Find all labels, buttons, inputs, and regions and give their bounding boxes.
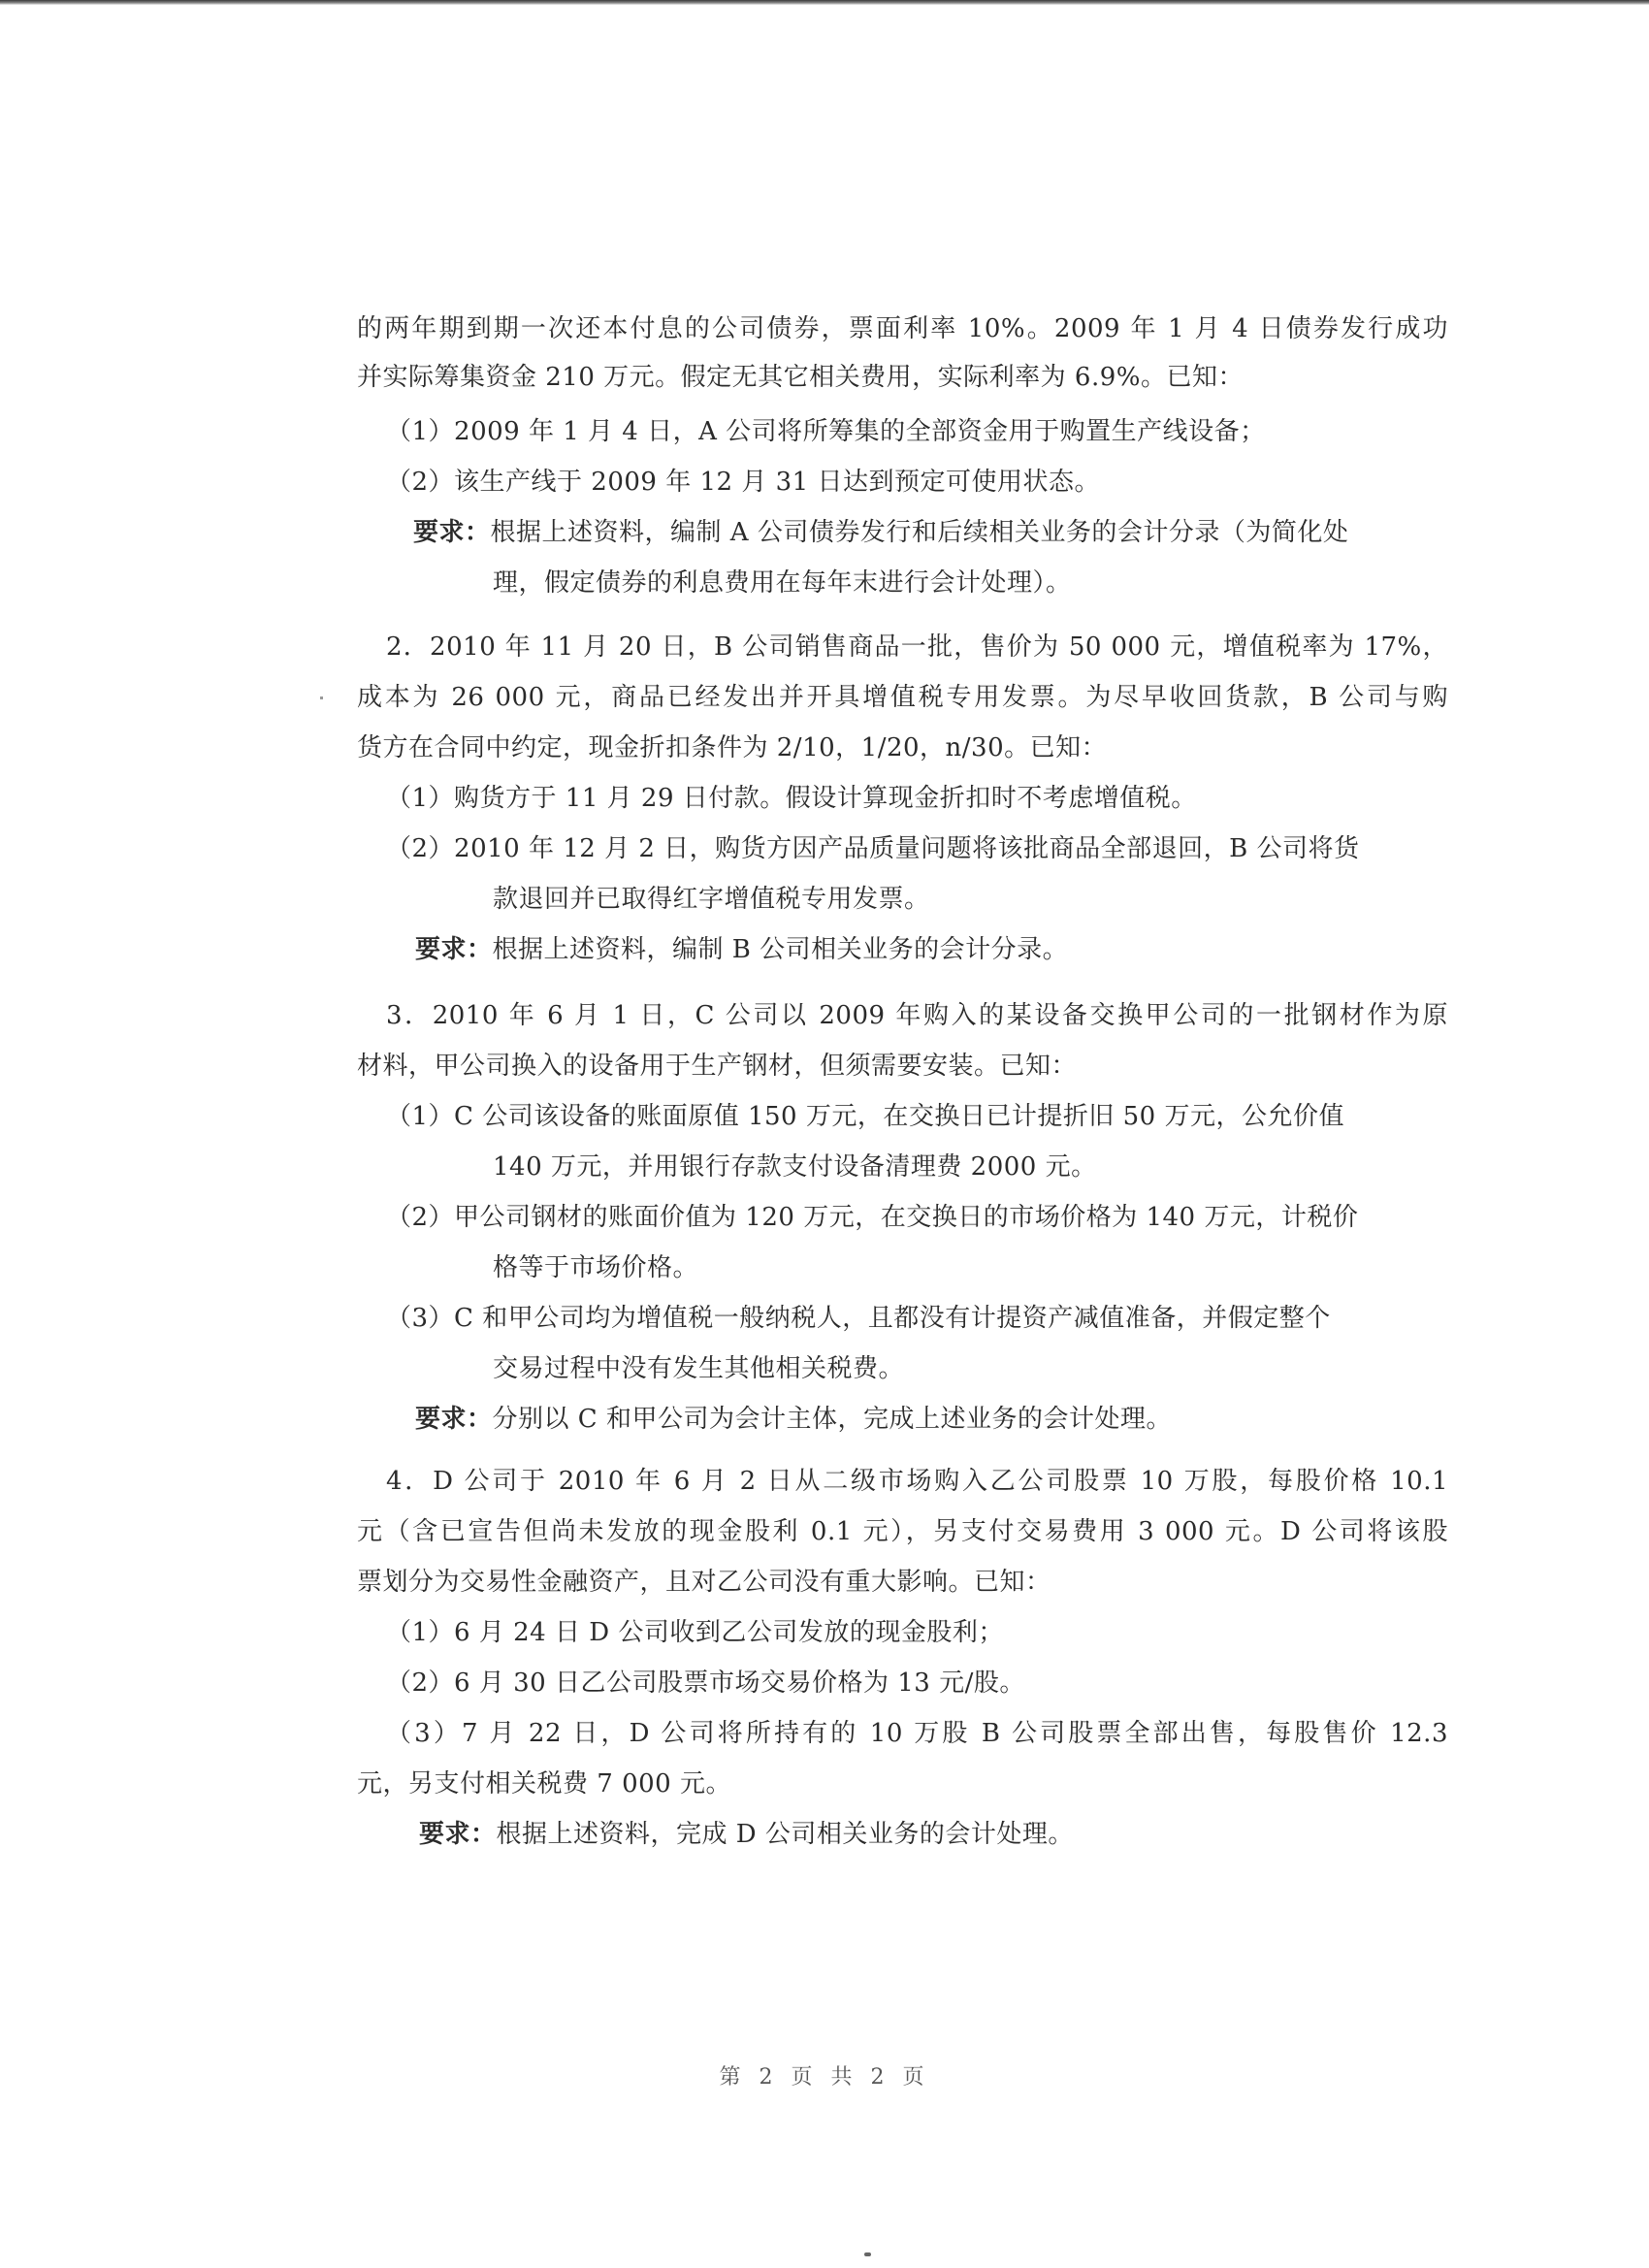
requirement-text: 根据上述资料，完成 D 公司相关业务的会计处理。 [497, 1820, 1074, 1849]
q2-item-1: （1）购货方于 11 月 29 日付款。假设计算现金折扣时不考虑增值税。 [386, 782, 1197, 815]
q2-line2: 成本为 26 000 元，商品已经发出并开具增值税专用发票。为尽早收回货款，B … [357, 681, 1448, 714]
q2-item-2: （2）2010 年 12 月 2 日，购货方因产品质量问题将该批商品全部退回，B… [386, 832, 1360, 865]
q2-line1: 2．2010 年 11 月 20 日，B 公司销售商品一批，售价为 50 000… [357, 631, 1448, 664]
q4-line2: 元（含已宣告但尚未发放的现金股利 0.1 元），另支付交易费用 3 000 元。… [357, 1515, 1448, 1548]
q3-item-2: （2）甲公司钢材的账面价值为 120 万元，在交换日的市场价格为 140 万元，… [386, 1201, 1358, 1234]
q4-item-2: （2）6 月 30 日乙公司股票市场交易价格为 13 元/股。 [386, 1667, 1025, 1700]
q1-item-1: （1）2009 年 1 月 4 日，A 公司将所筹集的全部资金用于购置生产线设备… [386, 415, 1266, 448]
q2-item-2-cont: 款退回并已取得红字增值税专用发票。 [493, 883, 930, 916]
q3-line2: 材料，甲公司换入的设备用于生产钢材，但须需要安装。已知： [357, 1050, 1077, 1083]
q4-line1: 4．D 公司于 2010 年 6 月 2 日从二级市场购入乙公司股票 10 万股… [357, 1465, 1448, 1498]
q4-item-3: （3）7 月 22 日，D 公司将所持有的 10 万股 B 公司股票全部出售，每… [386, 1717, 1448, 1750]
requirement-label: 要求： [415, 935, 493, 964]
q1-intro-line2: 并实际筹集资金 210 万元。假定无其它相关费用，实际利率为 6.9%。已知： [357, 361, 1244, 394]
requirement-label: 要求： [419, 1820, 497, 1849]
q1-requirement: 要求：根据上述资料，编制 A 公司债券发行和后续相关业务的会计分录（为简化处 [413, 516, 1348, 549]
q3-item-3-cont: 交易过程中没有发生其他相关税费。 [493, 1352, 904, 1385]
q4-item-3-cont: 元，另支付相关税费 7 000 元。 [357, 1767, 731, 1800]
q1-requirement-cont: 理，假定债券的利息费用在每年末进行会计处理）。 [493, 567, 1072, 599]
q3-line1: 3．2010 年 6 月 1 日，C 公司以 2009 年购入的某设备交换甲公司… [357, 999, 1448, 1032]
requirement-text: 根据上述资料，编制 A 公司债券发行和后续相关业务的会计分录（为简化处 [491, 518, 1349, 547]
requirement-label: 要求： [413, 518, 491, 547]
requirement-label: 要求： [415, 1405, 493, 1434]
q3-item-2-cont: 格等于市场价格。 [493, 1251, 698, 1284]
q3-item-1: （1）C 公司该设备的账面原值 150 万元，在交换日已计提折旧 50 万元，公… [386, 1100, 1344, 1133]
q2-requirement: 要求：根据上述资料，编制 B 公司相关业务的会计分录。 [415, 933, 1068, 966]
q4-requirement: 要求：根据上述资料，完成 D 公司相关业务的会计处理。 [419, 1818, 1074, 1851]
scan-speck [320, 697, 323, 699]
exam-page: 的两年期到期一次还本付息的公司债券，票面利率 10%。2009 年 1 月 4 … [0, 0, 1649, 2268]
q1-intro-line1: 的两年期到期一次还本付息的公司债券，票面利率 10%。2009 年 1 月 4 … [357, 312, 1448, 345]
q3-item-3: （3）C 和甲公司均为增值税一般纳税人，且都没有计提资产减值准备，并假定整个 [386, 1302, 1331, 1335]
q3-requirement: 要求：分别以 C 和甲公司为会计主体，完成上述业务的会计处理。 [415, 1403, 1172, 1436]
q2-line3: 货方在合同中约定，现金折扣条件为 2/10，1/20，n/30。已知： [357, 731, 1107, 764]
q4-line3: 票划分为交易性金融资产，且对乙公司没有重大影响。已知： [357, 1566, 1051, 1599]
q3-item-1-cont: 140 万元，并用银行存款支付设备清理费 2000 元。 [493, 1150, 1097, 1183]
q1-item-2: （2）该生产线于 2009 年 12 月 31 日达到预定可使用状态。 [386, 466, 1100, 499]
requirement-text: 分别以 C 和甲公司为会计主体，完成上述业务的会计处理。 [493, 1405, 1172, 1434]
requirement-text: 根据上述资料，编制 B 公司相关业务的会计分录。 [493, 935, 1069, 964]
q4-item-1: （1）6 月 24 日 D 公司收到乙公司发放的现金股利； [386, 1616, 1004, 1649]
scan-speck [864, 2252, 871, 2256]
page-indicator: 第 2 页 共 2 页 [0, 2060, 1649, 2090]
